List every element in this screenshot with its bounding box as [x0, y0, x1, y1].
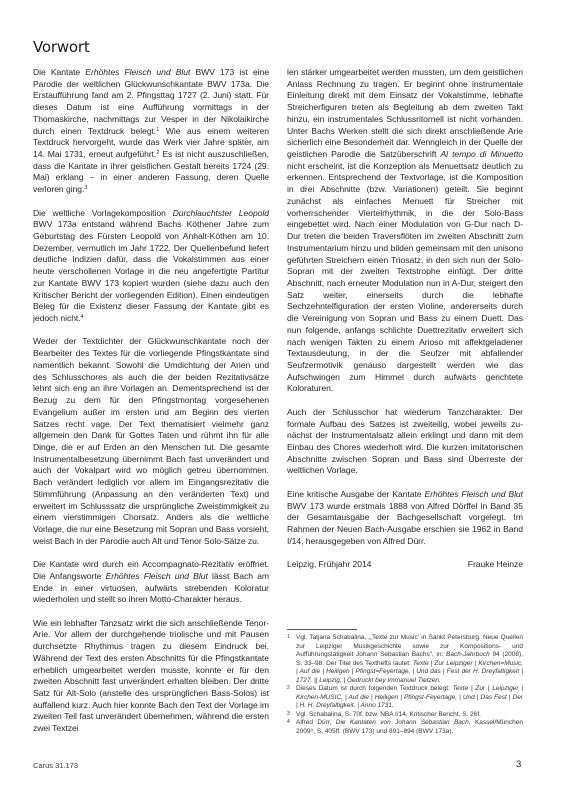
text: BWV 173 wurde erstmals 1888 von Alfred D… [287, 501, 523, 546]
paragraph-critical-edition: Eine kritische Ausgabe der Kantate Erhöh… [287, 489, 523, 548]
page-number: 3 [516, 759, 521, 770]
footer-catalog-number: Carus 31.173 [33, 761, 78, 770]
text: nicht erscheint, ist die Konzeption als … [287, 161, 523, 394]
place-date: Leipzig, Frühjahr 2014 [287, 559, 371, 571]
text: Die Kantate [33, 67, 85, 77]
text: Vgl. Schabalina, S. 70f. bzw. NBA I/14, … [296, 711, 481, 718]
page-title: Vorwort [33, 38, 90, 56]
paragraph-text-authors: Weder der Textdichter der Glückwunschkan… [33, 336, 269, 547]
journal-title: Bach-Jahrbuch [446, 651, 490, 658]
work-title: Erhöhtes Fleisch und Blut [424, 489, 523, 499]
tempo-marking: Al tempo di Minuetto [440, 149, 523, 159]
left-column: Die Kantate Erhöhtes Fleisch und Blut BW… [33, 67, 269, 747]
work-title: Durchlauchtster Leo­pold [173, 208, 269, 218]
paragraph-minuet: len stärker umgearbeitet werden mussten,… [287, 67, 523, 395]
paragraph-intro: Die Kantate Erhöhtes Fleisch und Blut BW… [33, 67, 269, 196]
work-title: Erhöhtes Fleisch und Blut [106, 571, 208, 581]
footnote-4: 4Alfred Dürr, Die Kantaten von Johann Se… [287, 719, 523, 736]
paragraph-accompagnato: Die Kantate wird durch ein Accompagnato-… [33, 559, 269, 606]
signature-line: Leipzig, Frühjahr 2014 Frauke Heinze [287, 559, 523, 571]
footnote-number: 1 [287, 633, 290, 642]
paragraph-secular-model: Die weltliche Vorlagekomposition Durchla… [33, 208, 269, 325]
text: BWV 173a entstand während Bachs Köthener… [33, 219, 269, 323]
text: Alfred Dürr, [296, 719, 336, 726]
right-column: len stärker umgearbeitet werden mussten,… [287, 67, 523, 571]
footnote-1: 1Vgl. Tatjana Schabalina, „‚Texte zur Mu… [287, 634, 523, 685]
book-title: Die Kantaten von Johann Sebastian Bach [336, 719, 469, 726]
footnotes: 1Vgl. Tatjana Schabalina, „‚Texte zur Mu… [287, 634, 523, 736]
footnote-3: 3Vgl. Schabalina, S. 70f. bzw. NBA I/14,… [287, 711, 523, 720]
footnote-2: 2Dieses Datum ist durch folgenden Textdr… [287, 685, 523, 711]
work-title: Erhöhtes Fleisch und Blut [85, 67, 190, 77]
text: Eine kritische Ausgabe der Kantate [287, 489, 424, 499]
text: len stärker umgearbeitet werden mussten,… [287, 67, 523, 159]
footnote-number: 3 [287, 710, 290, 719]
text: Die weltliche Vorlagekomposition [33, 208, 173, 218]
footnote-number: 4 [287, 718, 290, 727]
text: Dieses Datum ist durch folgenden Textdru… [296, 685, 453, 692]
footnote-divider [287, 629, 357, 630]
paragraph-final-chorus: Auch der Schlusschor hat wiederum Tanzch… [287, 407, 523, 477]
footnote-ref-4[interactable]: 4 [81, 314, 84, 320]
footnote-ref-3[interactable]: 3 [84, 185, 87, 191]
paragraph-tenor-aria: Wie ein lebhafter Tanzsatz wirkt die sic… [33, 618, 269, 735]
author-name: Frauke Heinze [468, 559, 523, 571]
footnote-number: 2 [287, 684, 290, 693]
